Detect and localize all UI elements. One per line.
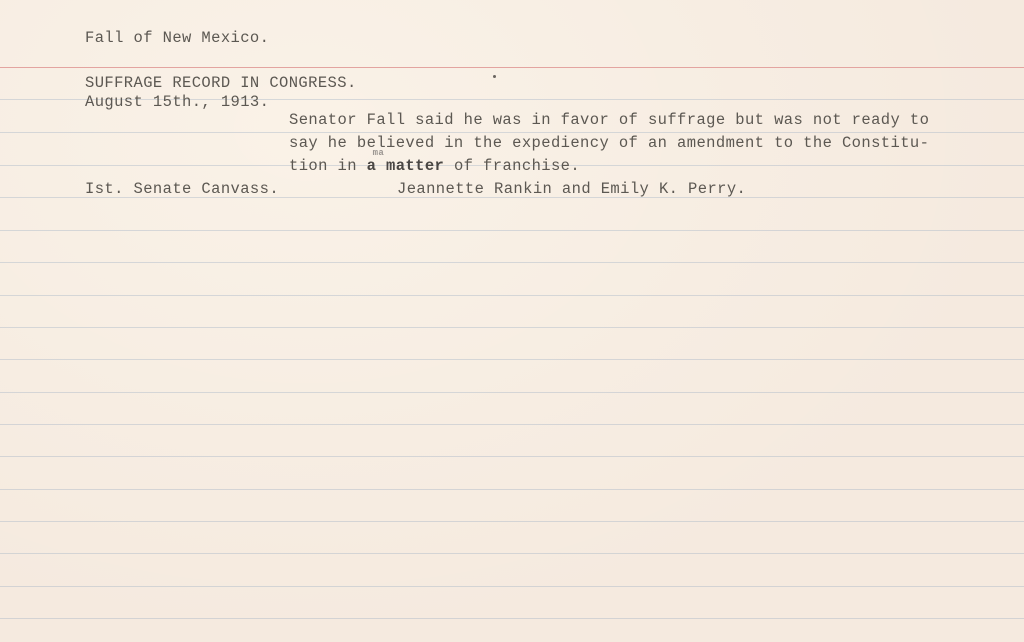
section-title: SUFFRAGE RECORD IN CONGRESS. [85, 74, 357, 92]
body-line-3-end: of franchise. [444, 157, 580, 175]
red-header-rule [0, 67, 1024, 68]
ruled-line [0, 392, 1024, 393]
ruled-line [0, 262, 1024, 263]
canvassers: Jeannette Rankin and Emily K. Perry. [397, 180, 746, 198]
body-line-3: tion in a matterma of franchise. [289, 157, 580, 175]
index-card: Fall of New Mexico. SUFFRAGE RECORD IN C… [0, 0, 1024, 642]
ruled-line [0, 553, 1024, 554]
ruled-line [0, 132, 1024, 133]
ruled-line [0, 456, 1024, 457]
ruled-line [0, 424, 1024, 425]
ruled-line [0, 327, 1024, 328]
body-line-1: Senator Fall said he was in favor of suf… [289, 111, 929, 129]
ruled-line [0, 295, 1024, 296]
ruled-line [0, 586, 1024, 587]
ruled-line [0, 359, 1024, 360]
overtyped-correction: ma [373, 148, 385, 158]
body-line-2: say he believed in the expediency of an … [289, 134, 929, 152]
ruled-line [0, 618, 1024, 619]
body-line-3-start: tion in [289, 157, 367, 175]
card-heading: Fall of New Mexico. [85, 29, 269, 47]
ruled-line [0, 489, 1024, 490]
canvass-label: Ist. Senate Canvass. [85, 180, 279, 198]
struck-word: a matter [367, 157, 445, 175]
corrected-text: a matterma [367, 157, 445, 175]
ruled-line [0, 230, 1024, 231]
record-date: August 15th., 1913. [85, 93, 269, 111]
ink-speck [493, 75, 496, 78]
ruled-line [0, 521, 1024, 522]
